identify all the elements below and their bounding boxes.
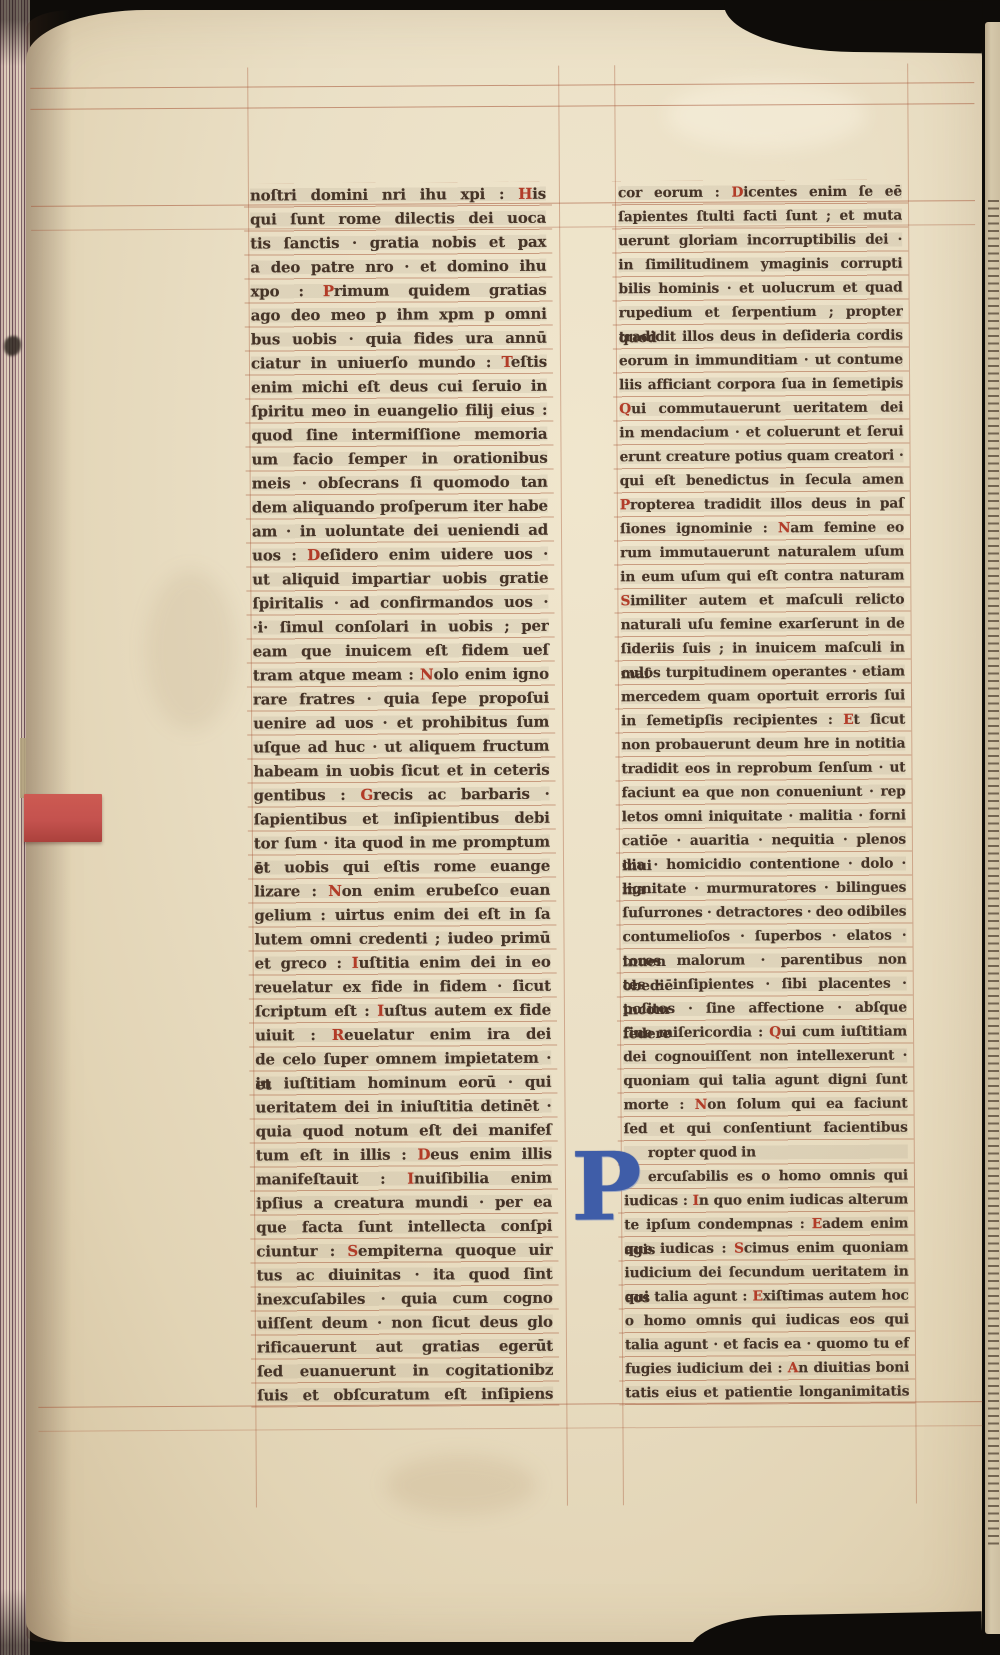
ruled-layer: noſtri domini nri ihu xpi : Hisqui ſunt … — [0, 0, 1000, 1655]
manuscript-text-line: talia agunt · et facis ea · quomo tu ef — [625, 1332, 909, 1358]
manuscript-text-line: lizare : Non enim erubeſco euan — [254, 878, 550, 904]
ruling-line-vertical — [558, 66, 568, 1506]
manuscript-text-line: tradidit illos deus in deſideria cordis — [619, 324, 903, 350]
manuscript-text-line: ago deo meo p ihm xpm p omni — [251, 302, 547, 328]
manuscript-text-line: bilis hominis · et uolucrum et quad — [618, 276, 902, 302]
manuscript-text-line: tram atque meam : Nolo enim igno — [253, 662, 549, 688]
manuscript-text-line: de celo ſuper omnem impietatem · et — [255, 1046, 551, 1072]
manuscript-text-line: ſiones ignominie : Nam femine eo — [620, 516, 904, 542]
text-column-left: noſtri domini nri ihu xpi : Hisqui ſunt … — [244, 182, 559, 1408]
manuscript-text-line: erunt creature potius quam creatori · — [619, 444, 903, 470]
manuscript-text-line: gentibus : Grecis ac barbaris · — [254, 782, 550, 808]
manuscript-text-line: quoniam qui talia agunt digni ſunt — [623, 1068, 907, 1094]
manuscript-text-line: morte : Non ſolum qui ea faciunt — [623, 1092, 907, 1118]
manuscript-text-line: quod ſine intermiſſione memoria — [251, 422, 547, 448]
red-bookmark-tab — [24, 794, 102, 842]
manuscript-text-line: meis · obſecrans ſi quomodo tan — [252, 470, 548, 496]
manuscript-text-line: tor ſum · ita quod in me promptum ē — [254, 830, 550, 856]
manuscript-text-line: tum eſt in illis : Deus enim illis — [256, 1142, 552, 1168]
manuscript-text-line: non probauerunt deum hre in notitia — [621, 732, 905, 758]
manuscript-text-line: qui talia agunt : Exiſtimas autem hoc — [625, 1284, 909, 1310]
manuscript-text-line: manifeſtauit : Inuiſibilia enim — [256, 1166, 552, 1192]
manuscript-text-line: mercedem quam oportuit erroris ſui — [621, 684, 905, 710]
text-column-right: cor eorum : Dicentes enim ſe eēſapientes… — [612, 179, 915, 1405]
manuscript-text-line: bus uobis · quia fides ura annū — [251, 326, 547, 352]
manuscript-text-line: naturali uſu femine exarſerunt in de — [621, 612, 905, 638]
manuscript-text-line: et greco : Iuſtitia enim dei in eo — [255, 950, 551, 976]
manuscript-text-line: tis ſanctis · gratia nobis et pax — [250, 230, 546, 256]
illuminated-initial-p: P — [571, 1135, 642, 1239]
manuscript-text-line: liis afficiant corpora ſua in ſemetipis — [619, 372, 903, 398]
manuscript-text-line: gelium : uirtus enim dei eſt in ſa — [254, 902, 550, 928]
manuscript-text-line: uenire ad uos · et prohibitus ſum — [253, 710, 549, 736]
manuscript-text-line: qui ſunt rome dilectis dei uoca — [250, 206, 546, 232]
manuscript-text-line: ſine miſericordia : Qui cum iuſtitiam — [623, 1020, 907, 1046]
manuscript-text-line: te ipſum condempnas : Eadem enim agis — [624, 1212, 908, 1238]
manuscript-text-line: uiſſent deum · non ſicut deus glo — [257, 1310, 553, 1336]
next-page-text-lines — [988, 198, 999, 1548]
manuscript-text-line: ſuſurrones · detractores · deo odibiles — [622, 900, 906, 926]
manuscript-text-line: rificauerunt aut gratias egerūt — [257, 1334, 553, 1360]
manuscript-text-line: ſpiritu meo in euangelio filij eius : — [251, 398, 547, 424]
manuscript-text-line: dei cognouiſſent non intellexerunt · — [623, 1044, 907, 1070]
manuscript-text-line: letos omni iniquitate · malitia · forni — [622, 804, 906, 830]
manuscript-text-line: iudicium dei ſecundum ueritatem in eos — [624, 1260, 908, 1286]
manuscript-text-line: Qui commutauerunt ueritatem dei — [619, 396, 903, 422]
manuscript-text-line: faciunt ea que non conueniunt · rep — [622, 780, 906, 806]
ruling-line-horizontal — [30, 103, 974, 110]
manuscript-text-line: uiuit : Reuelatur enim ira dei — [255, 1022, 551, 1048]
manuscript-text-line: et uobis qui eſtis rome euange — [254, 854, 550, 880]
manuscript-text-line: noſtri domini nri ihu xpi : His — [250, 182, 546, 208]
manuscript-text-line: dia · homicidio contentione · dolo · ma — [622, 852, 906, 878]
manuscript-text-line: Similiter autem et maſculi relicto — [620, 588, 904, 614]
manuscript-text-line: eorum in immunditiam · ut contume — [619, 348, 903, 374]
manuscript-text-line: quia quod notum eſt dei manifeſ — [256, 1118, 552, 1144]
manuscript-text-line: contumelioſos · ſuperbos · elatos · inue… — [622, 924, 906, 950]
manuscript-text-line: habeam in uobis ſicut et in ceteris — [253, 758, 549, 784]
manuscript-text-line: rupedium et ſerpentium ; propter quod — [619, 300, 903, 326]
manuscript-text-line: ſpiritalis · ad confirmandos uos · — [252, 590, 548, 616]
manuscript-text-line: cor eorum : Dicentes enim ſe eē — [618, 180, 902, 206]
manuscript-text-line: ercuſabilis es o homo omnis qui — [624, 1164, 908, 1190]
manuscript-text-line: um facio ſemper in orationibus — [251, 446, 547, 472]
manuscript-text-line: poſitos · ſine affectione · abſque feder… — [623, 996, 907, 1022]
manuscript-text-line: reuelatur ex fide in fidem · ſicut — [255, 974, 551, 1000]
manuscript-text-line: ſideriis ſuis ; in inuicem maſculi in ma… — [621, 636, 905, 662]
manuscript-text-line: ſed et qui conſentiunt facientibus — [624, 1116, 908, 1142]
manuscript-text-line: ·i· ſimul conſolari in uobis ; per — [253, 614, 549, 640]
manuscript-text-line: enim michi eſt deus cui ſeruio in — [251, 374, 547, 400]
manuscript-text-line: ſed euanuerunt in cogitationibz — [257, 1358, 553, 1384]
manuscript-text-line: catiōe · auaritia · nequitia · plenos in… — [622, 828, 906, 854]
manuscript-text-line: ſapientibus et inſipientibus debi — [254, 806, 550, 832]
manuscript-text-line: culos turpitudinem operantes · etiam — [621, 660, 905, 686]
manuscript-text-line: ſuis et obſcuratum eſt inſipiens — [257, 1382, 553, 1408]
manuscript-text-line: a deo patre nro · et domino ihu — [250, 254, 546, 280]
manuscript-text-line: lignitate · murmuratores · bilingues — [622, 876, 906, 902]
manuscript-text-line: uſque ad huc · ut aliquem fructum — [253, 734, 549, 760]
manuscript-text-line: tes · inſipientes · ſibi placentes · inc… — [623, 972, 907, 998]
manuscript-text-line: o homo omnis qui iudicas eos qui — [625, 1308, 909, 1334]
manuscript-text-line: am · in uoluntate dei ueniendi ad — [252, 518, 548, 544]
manuscript-text-line: rum immutauerunt naturalem uſum — [620, 540, 904, 566]
manuscript-text-line: inexcuſabiles · quia cum cogno — [257, 1286, 553, 1312]
manuscript-text-line: ropter quod in — [624, 1140, 908, 1166]
manuscript-text-line: iudicas : In quo enim iudicas alterum — [624, 1188, 908, 1214]
manuscript-text-line: uos : Deſidero enim uidere uos · — [252, 542, 548, 568]
manuscript-text-line: ueritatem dei in iniuſtitia detinēt · — [255, 1094, 551, 1120]
manuscript-text-line: xpo : Primum quidem gratias — [250, 278, 546, 304]
manuscript-text-line: que iudicas : Scimus enim quoniam — [624, 1236, 908, 1262]
manuscript-text-line: fugies iudicium dei : An diuitias boni — [625, 1356, 909, 1382]
manuscript-text-line: uerunt gloriam incorruptibilis dei · — [618, 228, 902, 254]
manuscript-photo: noſtri domini nri ihu xpi : Hisqui ſunt … — [0, 0, 1000, 1655]
manuscript-text-line: tatis eius et patientie longanimitatis — [625, 1380, 909, 1406]
manuscript-text-line: eam que inuicem eſt fidem ueſ — [253, 638, 549, 664]
manuscript-text-line: lutem omni credenti ; iudeo primū — [254, 926, 550, 952]
manuscript-text-line: ciuntur : Sempiterna quoque uir — [256, 1238, 552, 1264]
manuscript-text-line: in mendacium · et coluerunt et ſerui — [619, 420, 903, 446]
manuscript-text-line: ciatur in uniuerſo mundo : Teſtis — [251, 350, 547, 376]
ruling-line-horizontal — [30, 82, 974, 89]
manuscript-text-line: qui eſt benedictus in ſecula amen — [620, 468, 904, 494]
manuscript-text-line: rare fratres · quia ſepe propoſui — [253, 686, 549, 712]
manuscript-text-line: Propterea tradidit illos deus in paſ — [620, 492, 904, 518]
manuscript-text-line: in ſimilitudinem ymaginis corrupti — [618, 252, 902, 278]
manuscript-text-line: in eum uſum qui eſt contra naturam — [620, 564, 904, 590]
manuscript-text-line: tores malorum · parentibus non obediē — [623, 948, 907, 974]
ruling-line-horizontal — [38, 1425, 982, 1432]
manuscript-text-line: ſapientes ſtulti facti ſunt ; et muta — [618, 204, 902, 230]
manuscript-text-line: que facta ſunt intellecta conſpi — [256, 1214, 552, 1240]
manuscript-text-line: ut aliquid impartiar uobis gratie — [252, 566, 548, 592]
manuscript-text-line: in ſemetipſis recipientes : Et ſicut — [621, 708, 905, 734]
manuscript-text-line: dem aliquando proſperum iter habe — [252, 494, 548, 520]
manuscript-text-line: tradidit eos in reprobum ſenſum · ut — [621, 756, 905, 782]
next-page-edge — [985, 22, 1000, 1634]
manuscript-text-line: ipſius a creatura mundi · per ea — [256, 1190, 552, 1216]
manuscript-text-line: ſcriptum eſt : Iuſtus autem ex fide — [255, 998, 551, 1024]
manuscript-text-line: in iuſtitiam hominum eorū · qui — [255, 1070, 551, 1096]
manuscript-text-line: tus ac diuinitas · ita quod ſint — [256, 1262, 552, 1288]
